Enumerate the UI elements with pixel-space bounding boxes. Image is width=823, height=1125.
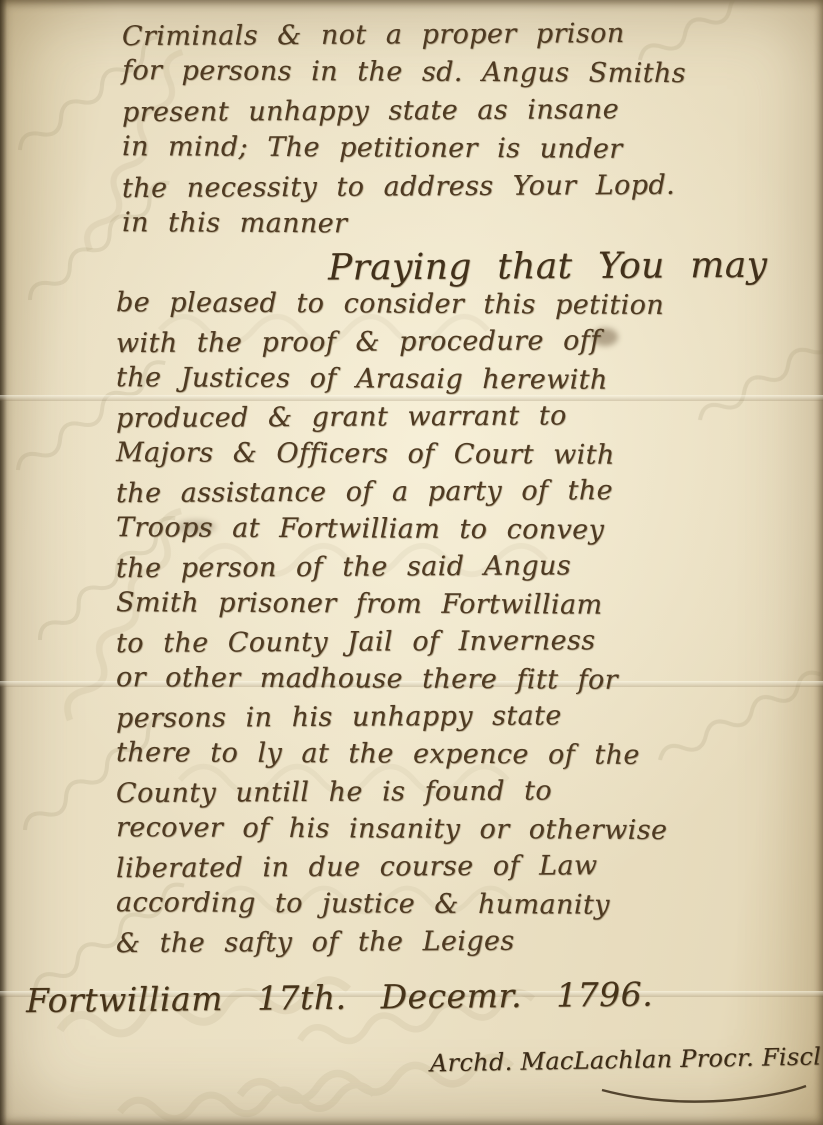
handwritten-line: County untill he is found to <box>116 771 823 813</box>
handwritten-line: Smith prisoner from Fortwilliam <box>116 584 823 625</box>
signature-flourish <box>600 1082 810 1108</box>
opening-paragraph: Criminals & not a proper prison for pers… <box>122 16 822 244</box>
handwritten-line: in this manner <box>122 204 822 246</box>
handwritten-line: recover of his insanity or otherwise <box>116 809 823 850</box>
handwritten-line: Troops at Fortwilliam to convey <box>116 509 823 550</box>
handwritten-line: Majors & Officers of Court with <box>116 434 823 475</box>
handwritten-line: or other madhouse there fitt for <box>116 659 823 700</box>
signature: Archd. MacLachlan Procr. Fiscl. <box>430 1043 815 1078</box>
handwritten-line: persons in his unhappy state <box>116 696 823 738</box>
manuscript-page: Criminals & not a proper prison for pers… <box>0 0 823 1125</box>
handwritten-line: present unhappy state as insane <box>122 90 822 132</box>
handwritten-line: the assistance of a party of the <box>116 471 823 513</box>
handwritten-line: the Justices of Arasaig herewith <box>116 359 823 400</box>
handwritten-line: be pleased to consider this petition <box>116 284 823 325</box>
handwritten-line: Praying that You may <box>328 246 823 287</box>
handwritten-line: to the County Jail of Inverness <box>116 621 823 663</box>
handwritten-line: & the safty of the Leiges <box>116 921 823 963</box>
dateline: Fortwilliam 17th. Decemr. 1796. <box>26 975 626 1020</box>
prayer-paragraph: Praying that You may be pleased to consi… <box>116 248 823 961</box>
handwritten-line: Criminals & not a proper prison <box>122 14 822 56</box>
handwritten-line: produced & grant warrant to <box>116 396 823 438</box>
handwritten-line: with the proof & procedure off <box>116 321 823 363</box>
handwritten-line: for persons in the sd. Angus Smiths <box>122 52 822 94</box>
handwritten-line: the necessity to address Your Lopd. <box>122 166 822 208</box>
handwritten-line: the person of the said Angus <box>116 546 823 588</box>
scan-edge-shadow <box>0 0 7 1125</box>
handwritten-line: there to ly at the expence of the <box>116 734 823 775</box>
handwritten-line: liberated in due course of Law <box>116 846 823 888</box>
handwritten-line: according to justice & humanity <box>116 884 823 925</box>
handwritten-line: in mind; The petitioner is under <box>122 128 822 170</box>
